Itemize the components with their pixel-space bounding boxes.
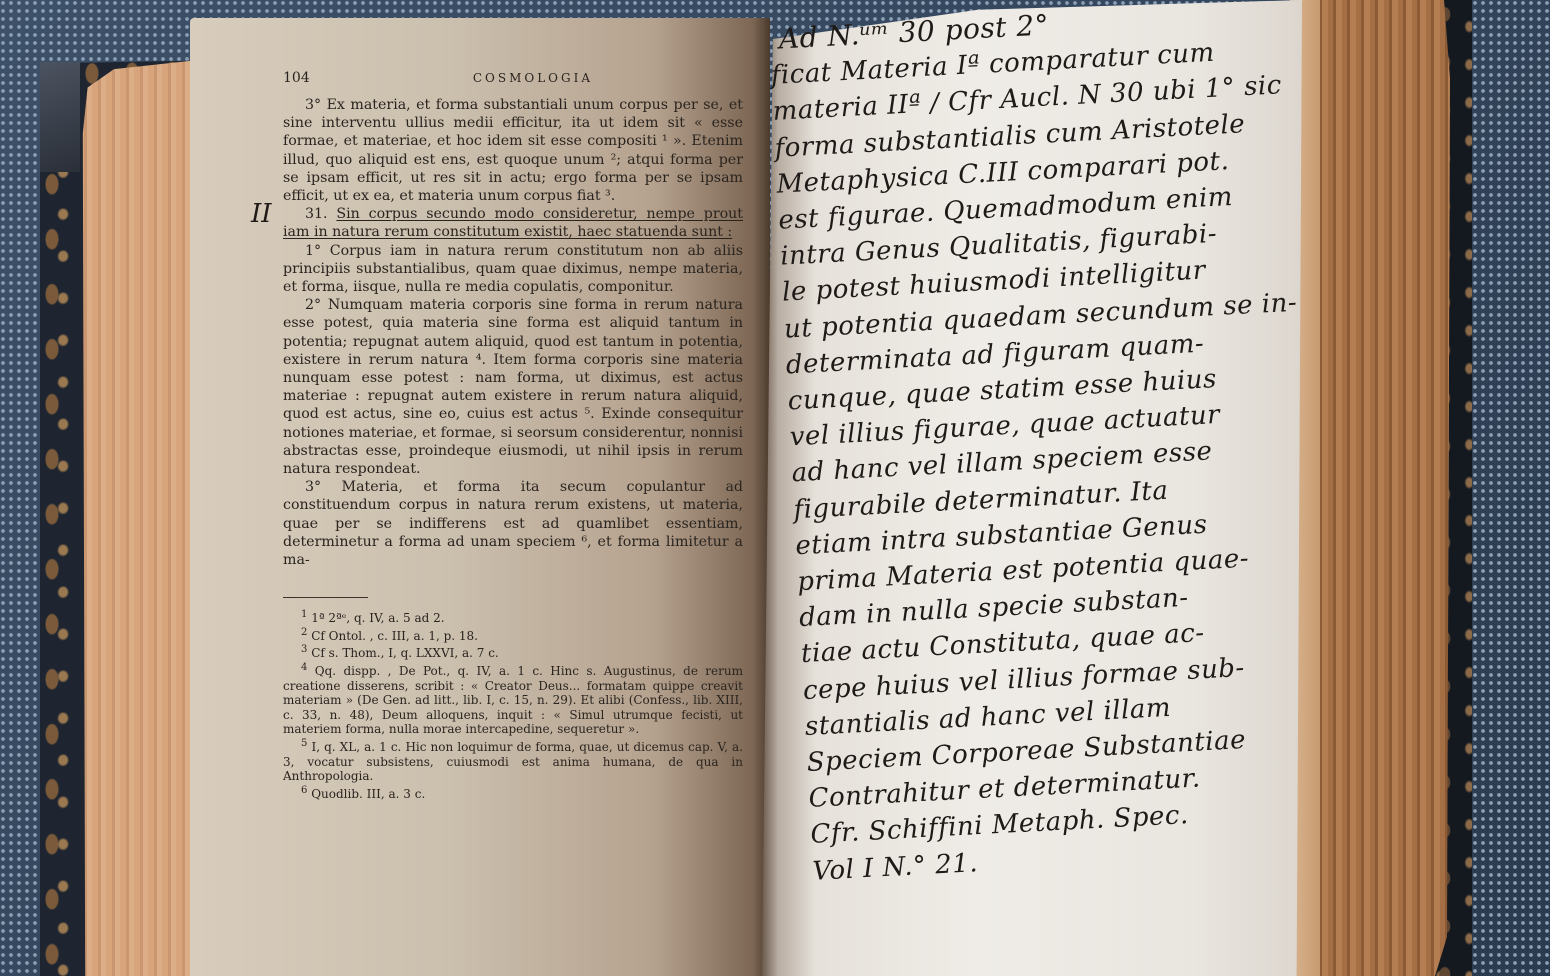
book-cover-corner bbox=[40, 62, 80, 172]
photo-scene: 104 COSMOLOGIA 3° Ex materia, et forma s… bbox=[0, 0, 1550, 976]
running-head: 104 COSMOLOGIA bbox=[283, 70, 743, 86]
paragraph-2-numquam: 2° Numquam materia corporis sine forma i… bbox=[283, 296, 743, 478]
paragraph-3-ex-materia: 3° Ex materia, et forma substantiali unu… bbox=[283, 96, 743, 205]
paragraph-3-materia: 3° Materia, et forma ita secum copulantu… bbox=[283, 478, 743, 569]
footnote-1: 1 1ª 2ªᵉ, q. IV, a. 5 ad 2. bbox=[283, 608, 743, 626]
footnote-rule bbox=[283, 597, 368, 598]
running-title: COSMOLOGIA bbox=[473, 71, 593, 85]
footnote-2: 2 Cf Ontol. , c. III, a. 1, p. 18. bbox=[283, 626, 743, 644]
margin-mark-ii: II bbox=[251, 199, 272, 229]
page-block-left-edge bbox=[78, 60, 198, 976]
footnotes: 1 1ª 2ªᵉ, q. IV, a. 5 ad 2. 2 Cf Ontol. … bbox=[283, 608, 743, 801]
footnote-5: 5 I, q. XL, a. 1 c. Hic non loquimur de … bbox=[283, 737, 743, 784]
footnote-6: 6 Quodlib. III, a. 3 c. bbox=[283, 784, 743, 802]
paragraph-31: 31. Sin corpus secundo modo consideretur… bbox=[283, 205, 743, 241]
handwritten-notes: Ad N.ᵘᵐ 30 post 2° ficat Materia Iª comp… bbox=[768, 0, 1283, 890]
page-block-right-edge bbox=[1300, 0, 1450, 976]
paragraph-31-text: Sin corpus secundo modo consideretur, ne… bbox=[283, 206, 743, 240]
printed-text-block: 104 COSMOLOGIA 3° Ex materia, et forma s… bbox=[283, 70, 743, 801]
page-number: 104 bbox=[283, 70, 310, 86]
footnote-3: 3 Cf s. Thom., I, q. LXXVI, a. 7 c. bbox=[283, 643, 743, 661]
paragraph-1-corpus: 1° Corpus iam in natura rerum constitutu… bbox=[283, 242, 743, 297]
footnote-4: 4 Qq. dispp. , De Pot., q. IV, a. 1 c. H… bbox=[283, 661, 743, 737]
paragraph-number: 31. bbox=[305, 206, 328, 222]
